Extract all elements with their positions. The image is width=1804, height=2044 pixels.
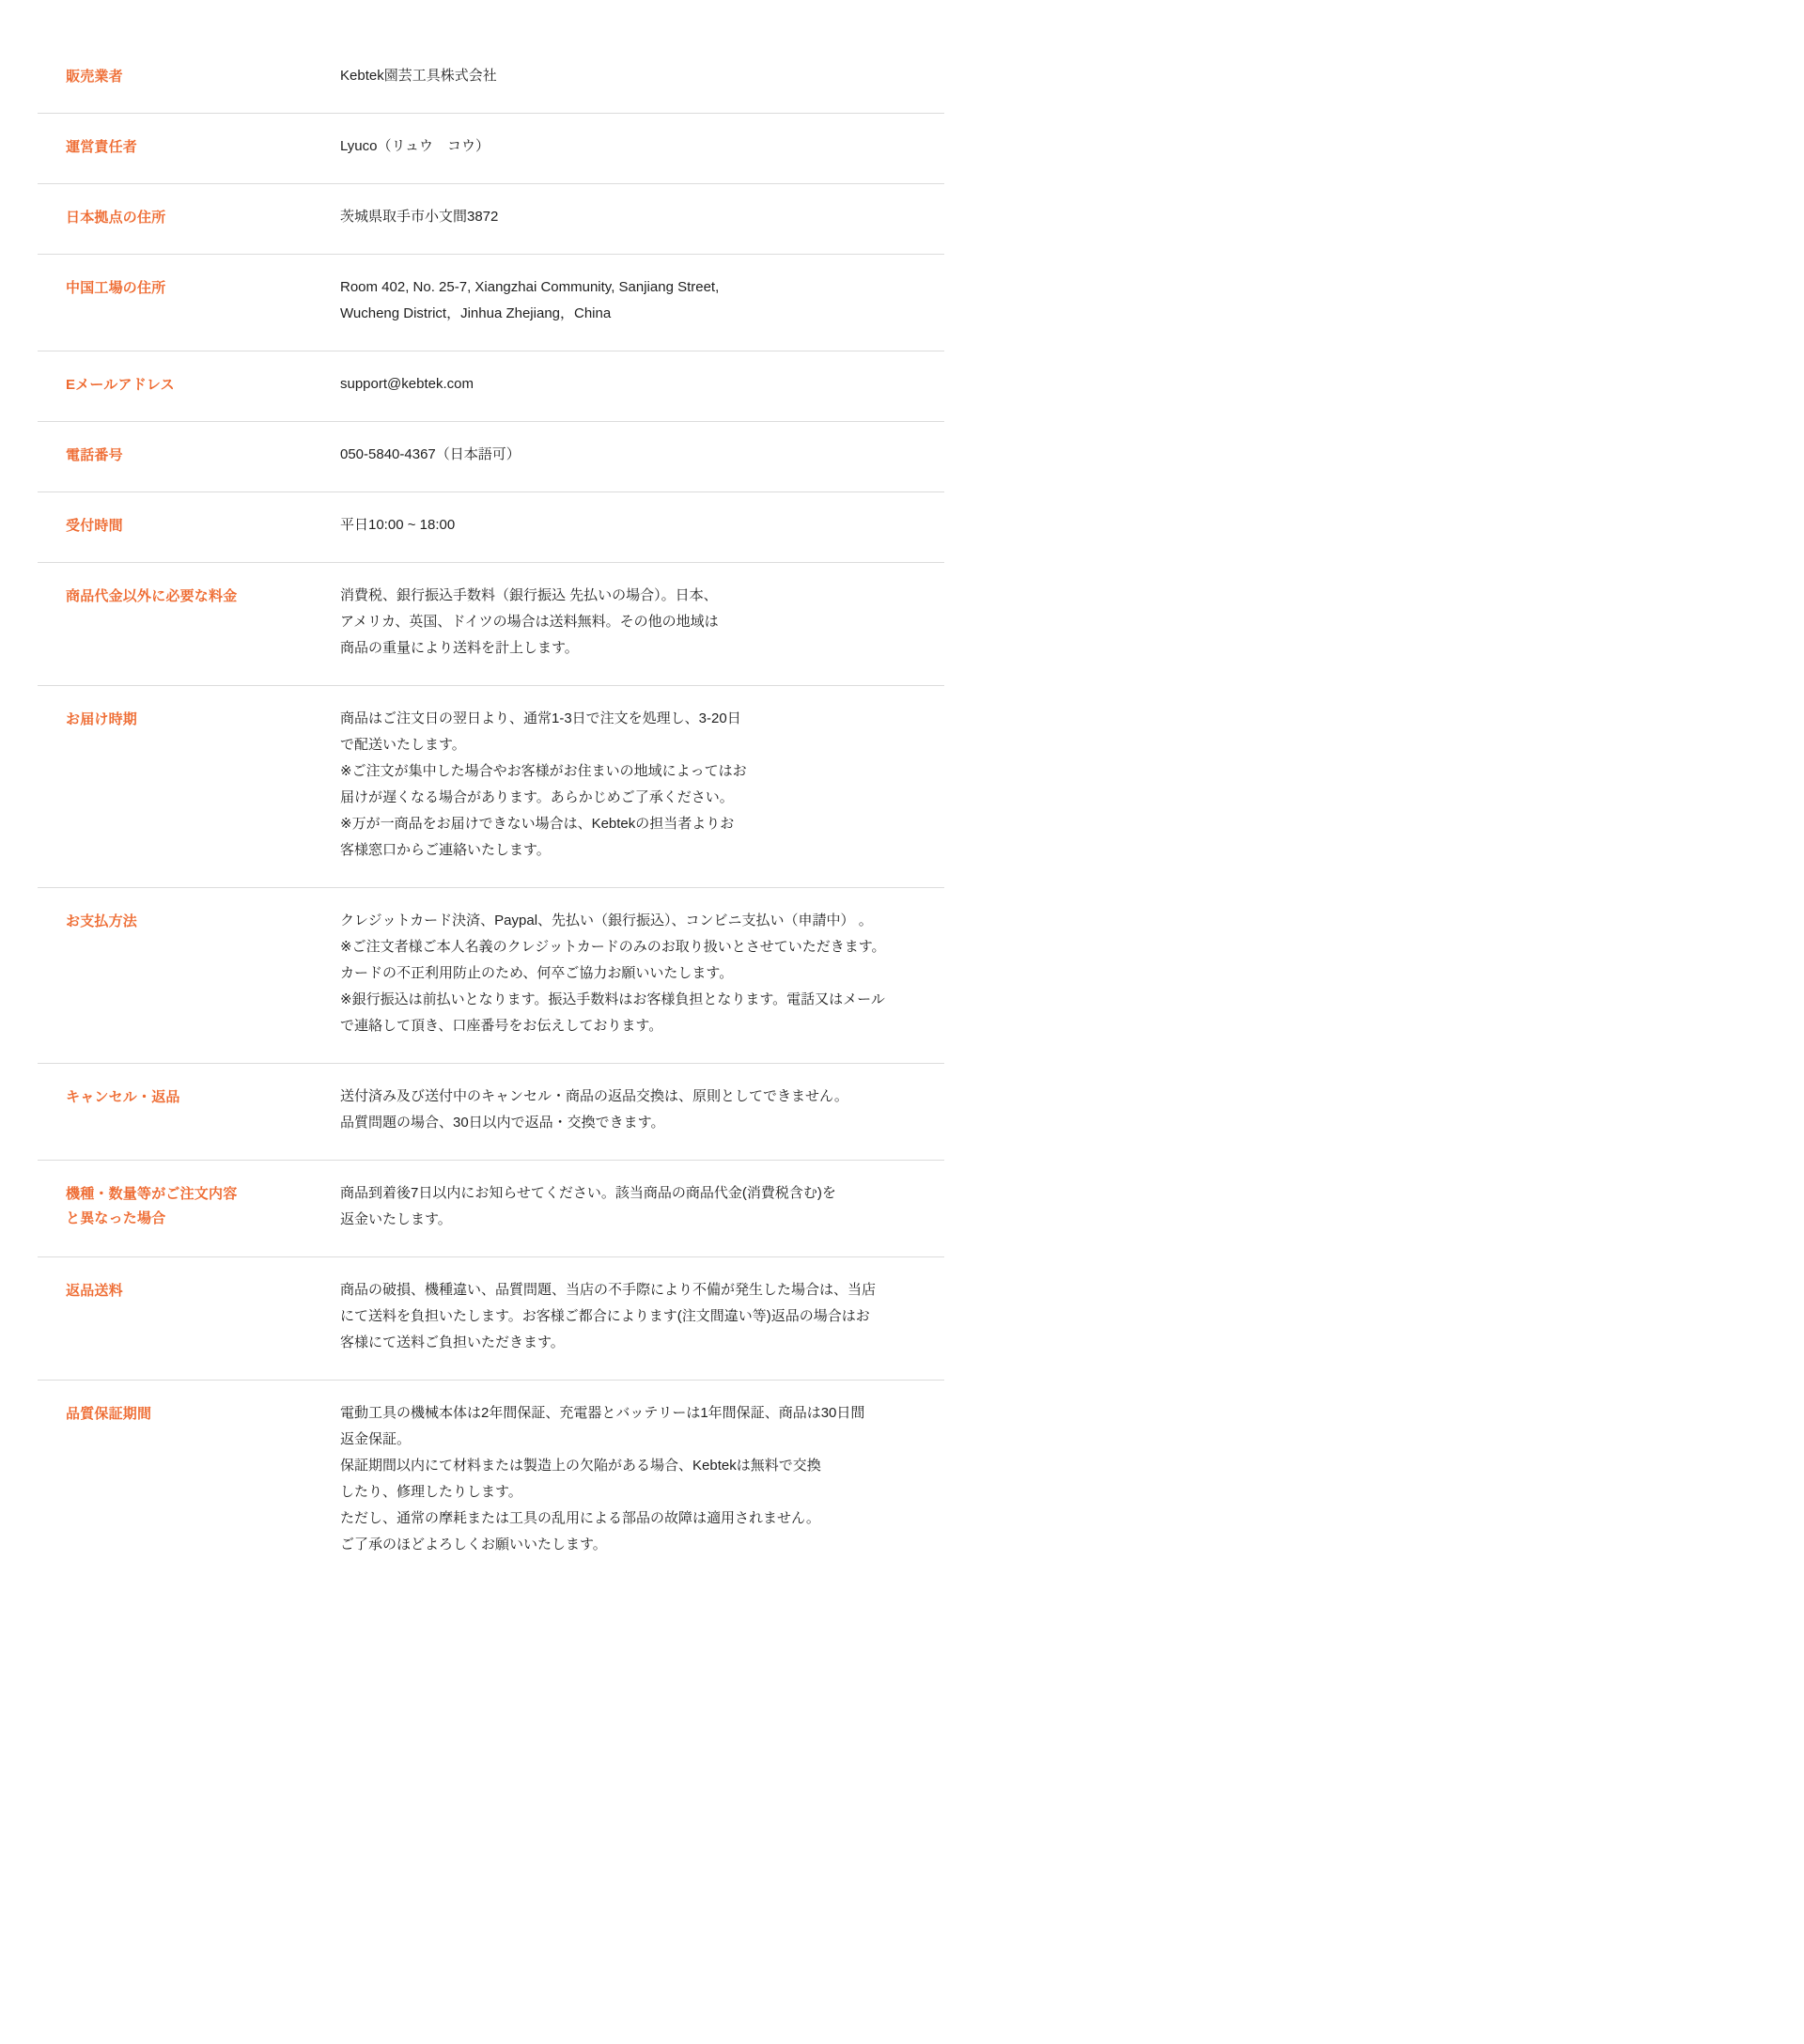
- row-value: 消費税、銀行振込手数料（銀行振込 先払いの場合）。日本、 アメリカ、英国、ドイツ…: [340, 583, 944, 662]
- row-value: 電動工具の機械本体は2年間保証、充電器とバッテリーは1年間保証、商品は30日間 …: [340, 1400, 944, 1558]
- row-label: 機種・数量等がご注文内容 と異なった場合: [38, 1180, 340, 1231]
- row-label: 返品送料: [38, 1277, 340, 1303]
- row-value: 商品到着後7日以内にお知らせてください。該当商品の商品代金(消費税含む)を 返金…: [340, 1180, 944, 1233]
- row-label: 運営責任者: [38, 133, 340, 160]
- row-value: 茨城県取手市小文間3872: [340, 204, 944, 230]
- row-label: 販売業者: [38, 63, 340, 89]
- table-row-cancel-return: キャンセル・返品 送付済み及び送付中のキャンセル・商品の返品交換は、原則としてで…: [38, 1064, 944, 1161]
- row-value: 平日10:00 ~ 18:00: [340, 512, 944, 538]
- row-value: support@kebtek.com: [340, 371, 944, 398]
- row-value: クレジットカード決済、Paypal、先払い（銀行振込）、コンビニ支払い（申請中）…: [340, 908, 944, 1039]
- row-value: 送付済み及び送付中のキャンセル・商品の返品交換は、原則としてできません。 品質問…: [340, 1084, 944, 1136]
- row-label: 品質保証期間: [38, 1400, 340, 1427]
- row-value: Room 402, No. 25-7, Xiangzhai Community,…: [340, 274, 944, 327]
- table-row-china-factory-address: 中国工場の住所 Room 402, No. 25-7, Xiangzhai Co…: [38, 255, 944, 351]
- row-value: Kebtek園芸工具株式会社: [340, 63, 944, 89]
- table-row-delivery-time: お届け時期 商品はご注文日の翌日より、通常1-3日で注文を処理し、3-20日 で…: [38, 686, 944, 888]
- table-row-extra-fees: 商品代金以外に必要な料金 消費税、銀行振込手数料（銀行振込 先払いの場合）。日本…: [38, 563, 944, 686]
- row-label: お支払方法: [38, 908, 340, 934]
- row-label: キャンセル・返品: [38, 1084, 340, 1110]
- row-label: 日本拠点の住所: [38, 204, 340, 230]
- table-row-business-hours: 受付時間 平日10:00 ~ 18:00: [38, 492, 944, 563]
- row-label: 商品代金以外に必要な料金: [38, 583, 340, 609]
- row-label: 受付時間: [38, 512, 340, 538]
- row-label: Eメールアドレス: [38, 371, 340, 398]
- commerce-info-page: 販売業者 Kebtek園芸工具株式会社 運営責任者 Lyuco（リュウ コウ） …: [0, 0, 1804, 2044]
- row-label: お届け時期: [38, 706, 340, 732]
- row-value: 商品の破損、機種違い、品質問題、当店の不手際により不備が発生した場合は、当店 に…: [340, 1277, 944, 1356]
- table-row-operation-manager: 運営責任者 Lyuco（リュウ コウ）: [38, 114, 944, 184]
- table-row-wrong-item: 機種・数量等がご注文内容 と異なった場合 商品到着後7日以内にお知らせてください…: [38, 1161, 944, 1257]
- row-value: Lyuco（リュウ コウ）: [340, 133, 944, 160]
- commerce-info-table: 販売業者 Kebtek園芸工具株式会社 運営責任者 Lyuco（リュウ コウ） …: [38, 0, 944, 1582]
- table-row-email-address: Eメールアドレス support@kebtek.com: [38, 351, 944, 422]
- row-value: 050-5840-4367（日本語可）: [340, 442, 944, 468]
- row-label: 電話番号: [38, 442, 340, 468]
- table-row-warranty-period: 品質保証期間 電動工具の機械本体は2年間保証、充電器とバッテリーは1年間保証、商…: [38, 1381, 944, 1582]
- table-row-return-shipping-fee: 返品送料 商品の破損、機種違い、品質問題、当店の不手際により不備が発生した場合は…: [38, 1257, 944, 1381]
- table-row-phone-number: 電話番号 050-5840-4367（日本語可）: [38, 422, 944, 492]
- row-value: 商品はご注文日の翌日より、通常1-3日で注文を処理し、3-20日 で配送いたしま…: [340, 706, 944, 864]
- table-row-payment-methods: お支払方法 クレジットカード決済、Paypal、先払い（銀行振込）、コンビニ支払…: [38, 888, 944, 1064]
- table-row-japan-address: 日本拠点の住所 茨城県取手市小文間3872: [38, 184, 944, 255]
- row-label: 中国工場の住所: [38, 274, 340, 301]
- table-row-seller: 販売業者 Kebtek園芸工具株式会社: [38, 43, 944, 114]
